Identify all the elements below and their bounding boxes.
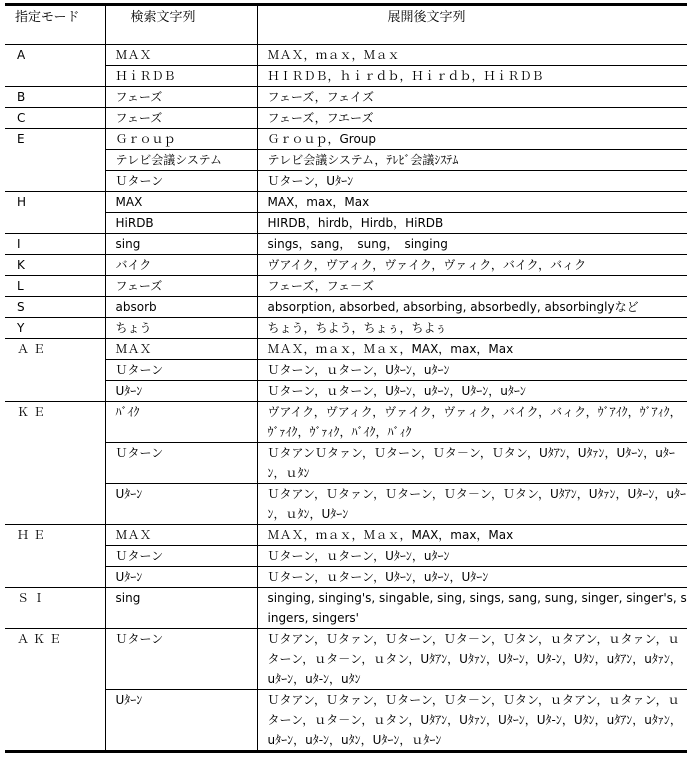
mode-cell: ＡＫＥ xyxy=(5,629,105,752)
header-expanded: 展開後文字列 xyxy=(257,5,687,45)
search-cell: Uﾀｰﾝ xyxy=(105,690,257,752)
expanded-cell: ヴアイク，ヴアィク，ヴァイク，ヴァィク，バイク，バィク，ｳﾞｱｲｸ，ｳﾞｱｨｸ，… xyxy=(257,402,687,443)
table-body: AＭＡＸＭＡＸ，ｍａｘ，ＭａｘＨｉＲＤＢＨＩＲＤＢ，ｈｉｒｄｂ，Ｈｉｒｄｂ，Ｈｉ… xyxy=(5,45,687,752)
expanded-cell: Ｕターン，ｕターン，Uﾀｰﾝ，uﾀｰﾝ xyxy=(257,360,687,381)
mode-cell: ＳＩ xyxy=(5,588,105,629)
expanded-cell: Ｕタアン，Ｕタァン，Ｕターン，Ｕタ－ン，Ｕタン，ｕタアン，ｕタァン，ｕターン，ｕ… xyxy=(257,629,687,690)
table-row: ＵターンＵタアンＵタァン，Ｕターン，Ｕタ－ン，Ｕタン，Uﾀｱﾝ，Uﾀｧﾝ，Uﾀｰ… xyxy=(5,443,687,484)
table-row: Kバイクヴアイク，ヴアィク，ヴァイク，ヴァィク，バイク，バィク xyxy=(5,255,687,276)
mode-cell: B xyxy=(5,87,105,108)
search-cell: フェーズ xyxy=(105,276,257,297)
search-cell: Uﾀｰﾝ xyxy=(105,484,257,525)
expanded-cell: ＵタアンＵタァン，Ｕターン，Ｕタ－ン，Ｕタン，Uﾀｱﾝ，Uﾀｧﾝ，Uﾀｰﾝ，uﾀ… xyxy=(257,443,687,484)
search-cell: ちょう xyxy=(105,318,257,339)
table-row: UﾀｰﾝＵタアン，Ｕタァン，Ｕターン，Ｕタ－ン，Ｕタン，Uﾀｱﾝ，Uﾀｧﾝ，Uﾀ… xyxy=(5,484,687,525)
expanded-cell: singing, singing's, singable, sing, sing… xyxy=(257,588,687,629)
expanded-cell: テレビ会議システム，ﾃﾚﾋﾞ会議ｼｽﾃﾑ xyxy=(257,150,687,171)
mode-cell: E xyxy=(5,129,105,192)
search-cell: バイク xyxy=(105,255,257,276)
mode-cell: ＡＥ xyxy=(5,339,105,402)
expanded-cell: Ｕタアン，Ｕタァン，Ｕターン，Ｕタ－ン，Ｕタン，ｕタアン，ｕタァン，ｕターン，ｕ… xyxy=(257,690,687,752)
search-cell: Ｇｒｏｕｐ xyxy=(105,129,257,150)
expansion-table: 指定モード 検索文字列 展開後文字列 AＭＡＸＭＡＸ，ｍａｘ，ＭａｘＨｉＲＤＢＨ… xyxy=(5,3,687,753)
table-row: ＵターンＵターン，ｕターン，Uﾀｰﾝ，uﾀｰﾝ xyxy=(5,546,687,567)
expanded-cell: Ｕターン，ｕターン，Uﾀｰﾝ，uﾀｰﾝ xyxy=(257,546,687,567)
mode-cell: ＫＥ xyxy=(5,402,105,525)
expanded-cell: ＭＡＸ，ｍａｘ，Ｍａｘ xyxy=(257,45,687,66)
search-cell: Uﾀｰﾝ xyxy=(105,381,257,402)
search-cell: テレビ会議システム xyxy=(105,150,257,171)
table-row: Lフェーズフェーズ，フェ－ズ xyxy=(5,276,687,297)
search-cell: Ｕターン xyxy=(105,171,257,192)
mode-cell: Y xyxy=(5,318,105,339)
search-cell: ＭＡＸ xyxy=(105,525,257,546)
table-row: AＭＡＸＭＡＸ，ｍａｘ，Ｍａｘ xyxy=(5,45,687,66)
search-cell: MAX xyxy=(105,192,257,213)
table-row: EＧｒｏｕｐＧｒｏｕｐ，Group xyxy=(5,129,687,150)
mode-cell: K xyxy=(5,255,105,276)
mode-cell: S xyxy=(5,297,105,318)
search-cell: Ｕターン xyxy=(105,629,257,690)
mode-cell: L xyxy=(5,276,105,297)
header-mode: 指定モード xyxy=(5,5,105,45)
table-row: ＳＩsingsinging, singing's, singable, sing… xyxy=(5,588,687,629)
expanded-cell: Ｕターン，ｕターン，Uﾀｰﾝ，uﾀｰﾝ，Uﾀｰﾝ，uﾀｰﾝ xyxy=(257,381,687,402)
search-cell: ＭＡＸ xyxy=(105,45,257,66)
table-row: テレビ会議システムテレビ会議システム，ﾃﾚﾋﾞ会議ｼｽﾃﾑ xyxy=(5,150,687,171)
expanded-cell: ＭＡＸ，ｍａｘ，Ｍａｘ，MAX，max，Max xyxy=(257,525,687,546)
expanded-cell: sings，sang， sung， singing xyxy=(257,234,687,255)
table-row: UﾀｰﾝＵターン，ｕターン，Uﾀｰﾝ，uﾀｰﾝ，Uﾀｰﾝ，uﾀｰﾝ xyxy=(5,381,687,402)
table-row: Sabsorbabsorption, absorbed, absorbing, … xyxy=(5,297,687,318)
expanded-cell: Ｇｒｏｕｐ，Group xyxy=(257,129,687,150)
expanded-cell: MAX，max，Max xyxy=(257,192,687,213)
table-row: Cフェーズフェーズ，フエーズ xyxy=(5,108,687,129)
table-row: Isingsings，sang， sung， singing xyxy=(5,234,687,255)
table-row: ＨｉＲＤＢＨＩＲＤＢ，ｈｉｒｄｂ，Ｈｉｒｄｂ，ＨｉＲＤＢ xyxy=(5,66,687,87)
table-row: ＨＥＭＡＸＭＡＸ，ｍａｘ，Ｍａｘ，MAX，max，Max xyxy=(5,525,687,546)
search-cell: HiRDB xyxy=(105,213,257,234)
search-cell: Ｕターン xyxy=(105,546,257,567)
mode-cell: C xyxy=(5,108,105,129)
table-row: HMAXMAX，max，Max xyxy=(5,192,687,213)
table-row: UﾀｰﾝＵタアン，Ｕタァン，Ｕターン，Ｕタ－ン，Ｕタン，ｕタアン，ｕタァン，ｕタ… xyxy=(5,690,687,752)
table-row: UﾀｰﾝＵターン，ｕターン，Uﾀｰﾝ，uﾀｰﾝ，Uﾀｰﾝ xyxy=(5,567,687,588)
expanded-cell: Ｕタアン，Ｕタァン，Ｕターン，Ｕタ－ン，Ｕタン，Uﾀｱﾝ，Uﾀｧﾝ，Uﾀｰﾝ，u… xyxy=(257,484,687,525)
expanded-cell: フェーズ，フェイズ xyxy=(257,87,687,108)
expanded-cell: フェーズ，フエーズ xyxy=(257,108,687,129)
mode-cell: I xyxy=(5,234,105,255)
table-row: ＡＫＥＵターンＵタアン，Ｕタァン，Ｕターン，Ｕタ－ン，Ｕタン，ｕタアン，ｕタァン… xyxy=(5,629,687,690)
search-cell: absorb xyxy=(105,297,257,318)
table-row: ＵターンＵターン，Uﾀｰﾝ xyxy=(5,171,687,192)
search-cell: ﾊﾞｲｸ xyxy=(105,402,257,443)
search-cell: Ｕターン xyxy=(105,443,257,484)
mode-cell: H xyxy=(5,192,105,234)
mode-cell: ＨＥ xyxy=(5,525,105,588)
search-cell: ＭＡＸ xyxy=(105,339,257,360)
table-row: ＡＥＭＡＸＭＡＸ，ｍａｘ，Ｍａｘ，MAX，max，Max xyxy=(5,339,687,360)
expanded-cell: ヴアイク，ヴアィク，ヴァイク，ヴァィク，バイク，バィク xyxy=(257,255,687,276)
header-row: 指定モード 検索文字列 展開後文字列 xyxy=(5,5,687,45)
mode-cell: A xyxy=(5,45,105,87)
search-cell: フェーズ xyxy=(105,108,257,129)
expanded-cell: Ｕターン，Uﾀｰﾝ xyxy=(257,171,687,192)
search-cell: ＨｉＲＤＢ xyxy=(105,66,257,87)
table-row: ＵターンＵターン，ｕターン，Uﾀｰﾝ，uﾀｰﾝ xyxy=(5,360,687,381)
search-cell: Uﾀｰﾝ xyxy=(105,567,257,588)
table-row: Yちょうちょう，ちよう，ちょぅ，ちよぅ xyxy=(5,318,687,339)
search-cell: sing xyxy=(105,588,257,629)
table-row: ＫＥﾊﾞｲｸヴアイク，ヴアィク，ヴァイク，ヴァィク，バイク，バィク，ｳﾞｱｲｸ，… xyxy=(5,402,687,443)
search-cell: sing xyxy=(105,234,257,255)
expanded-cell: Ｕターン，ｕターン，Uﾀｰﾝ，uﾀｰﾝ，Uﾀｰﾝ xyxy=(257,567,687,588)
table-row: Bフェーズフェーズ，フェイズ xyxy=(5,87,687,108)
table-row: HiRDBHIRDB，hirdb，Hirdb，HiRDB xyxy=(5,213,687,234)
expanded-cell: absorption, absorbed, absorbing, absorbe… xyxy=(257,297,687,318)
search-cell: Ｕターン xyxy=(105,360,257,381)
expanded-cell: HIRDB，hirdb，Hirdb，HiRDB xyxy=(257,213,687,234)
expanded-cell: ＭＡＸ，ｍａｘ，Ｍａｘ，MAX，max，Max xyxy=(257,339,687,360)
search-cell: フェーズ xyxy=(105,87,257,108)
expanded-cell: フェーズ，フェ－ズ xyxy=(257,276,687,297)
expanded-cell: ちょう，ちよう，ちょぅ，ちよぅ xyxy=(257,318,687,339)
header-search: 検索文字列 xyxy=(105,5,257,45)
expanded-cell: ＨＩＲＤＢ，ｈｉｒｄｂ，Ｈｉｒｄｂ，ＨｉＲＤＢ xyxy=(257,66,687,87)
